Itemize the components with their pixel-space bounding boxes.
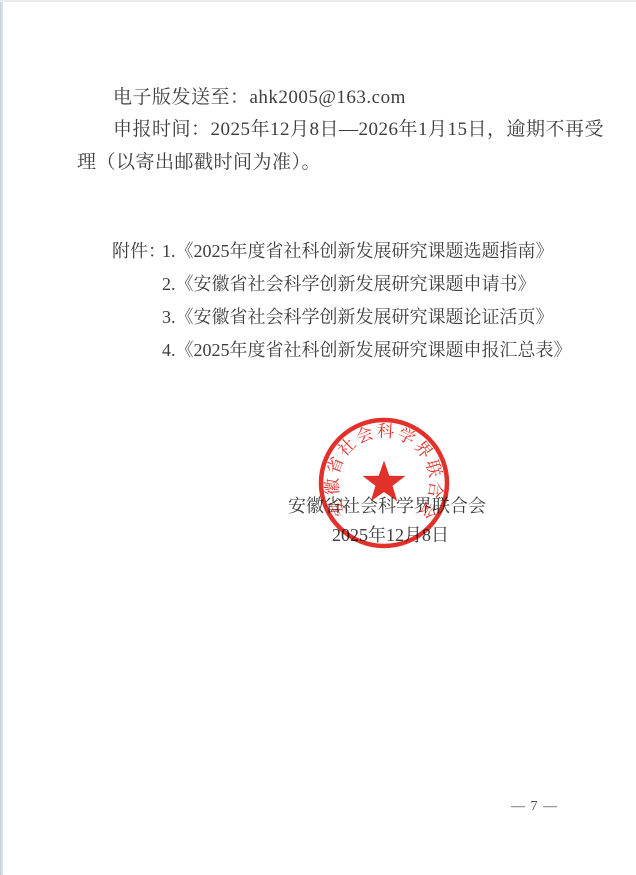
attachment-item-3: 3.《安徽省社会科学创新发展研究课题论证活页》 xyxy=(162,306,554,328)
attachments-label: 附件： xyxy=(112,240,166,262)
page-number: — 7 — xyxy=(511,799,558,815)
seal-star-icon xyxy=(363,461,406,502)
attachment-item-1: 1.《2025年度省社科创新发展研究课题选题指南》 xyxy=(162,240,554,262)
page-left-edge xyxy=(0,0,3,875)
official-seal-stamp: 安徽省社会科学界联合会 xyxy=(317,416,451,550)
email-line: 电子版发送至：ahk2005@163.com xyxy=(113,87,406,109)
page-top-edge xyxy=(0,0,636,2)
deadline-line-2: 理（以寄出邮戳时间为准）。 xyxy=(77,152,321,174)
document-page: 电子版发送至：ahk2005@163.com 申报时间：2025年12月8日—2… xyxy=(0,0,636,875)
attachment-item-2: 2.《安徽省社会科学创新发展研究课题申请书》 xyxy=(162,273,536,295)
deadline-line-1: 申报时间：2025年12月8日—2026年1月15日，逾期不再受 xyxy=(113,119,604,141)
attachment-item-4: 4.《2025年度省社科创新发展研究课题申报汇总表》 xyxy=(162,339,572,361)
